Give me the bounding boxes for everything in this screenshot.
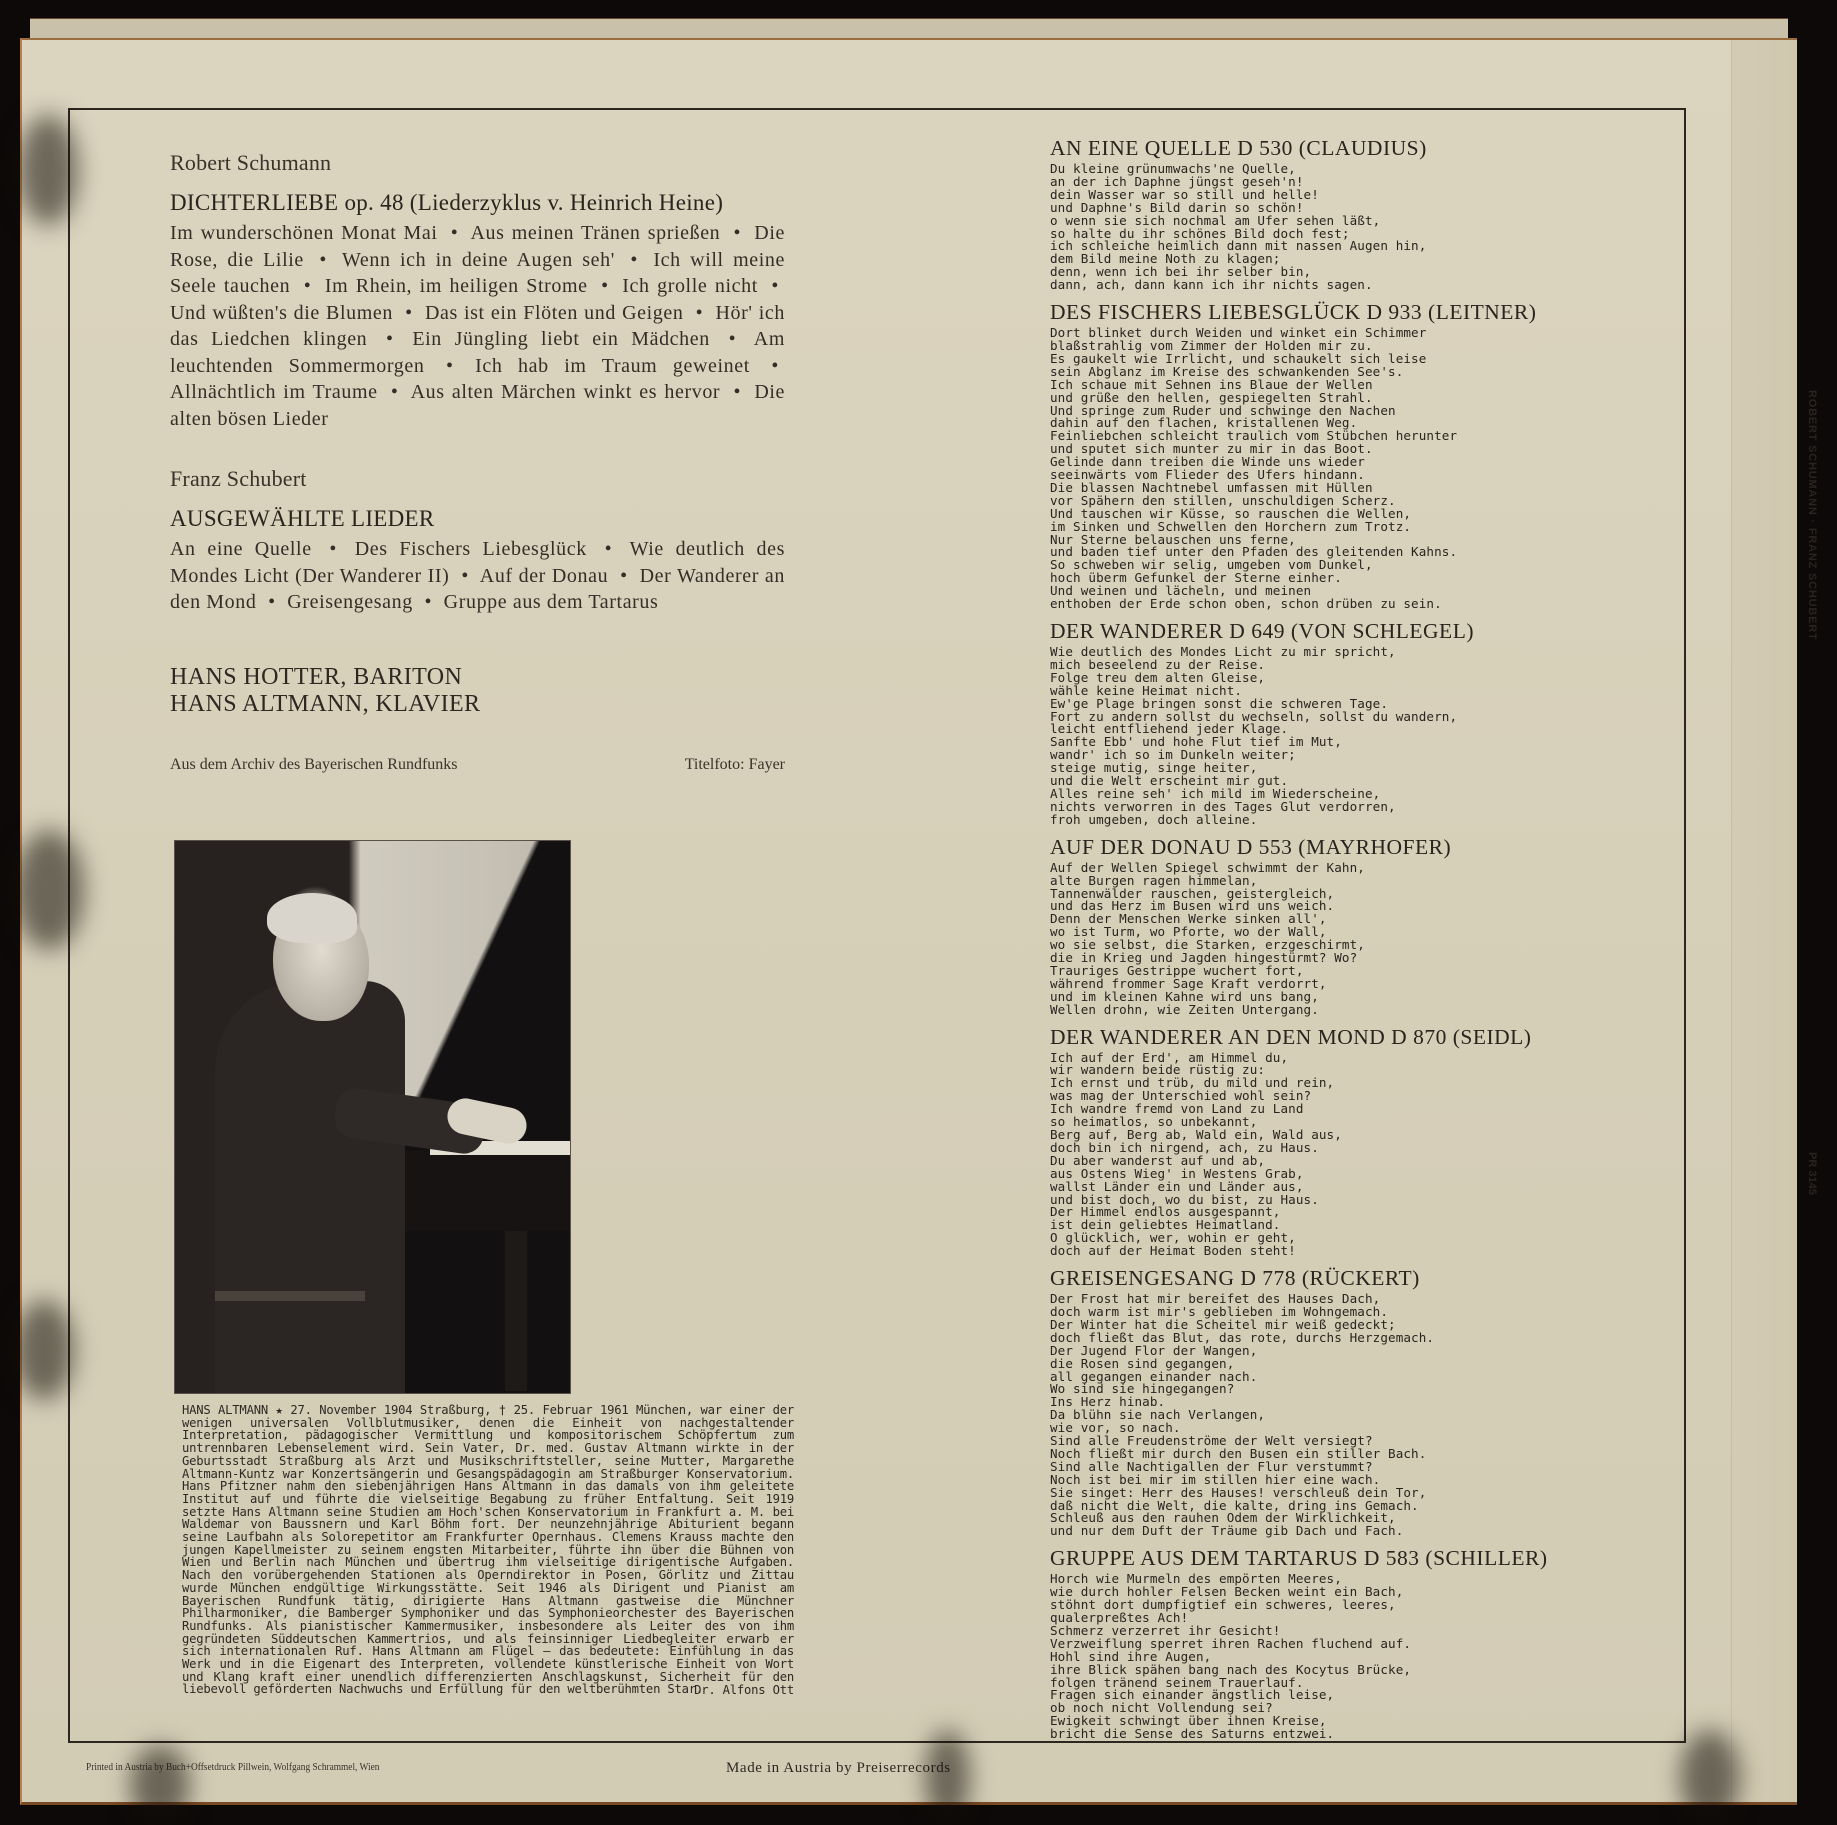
lyric-block: GRUPPE AUS DEM TARTARUS D 583 (SCHILLER)… — [1050, 1546, 1630, 1741]
bullet-separator: • — [451, 222, 459, 244]
dichterliebe-song: Wenn ich in deine Augen seh' — [342, 249, 615, 271]
work-title-dichterliebe: DICHTERLIEBE op. 48 (Liederzyklus v. Hei… — [170, 190, 785, 216]
photo-shadow — [18, 115, 78, 225]
schubert-song: An eine Quelle — [170, 538, 312, 560]
dichterliebe-song: Und wüßten's die Blumen — [170, 302, 393, 324]
dichterliebe-song: Aus meinen Tränen sprießen — [470, 222, 720, 244]
lyric-text: Dort blinket durch Weiden und winket ein… — [1050, 327, 1630, 611]
dichterliebe-song: Im wunderschönen Monat Mai — [170, 222, 438, 244]
photo-shadow — [925, 1730, 970, 1825]
dichterliebe-song-list: Im wunderschönen Monat Mai • Aus meinen … — [170, 220, 785, 432]
bullet-separator: • — [696, 302, 704, 324]
lyric-title: DER WANDERER D 649 (VON SCHLEGEL) — [1050, 619, 1630, 644]
dichterliebe-song: Ein Jüngling liebt ein Mädchen — [412, 328, 710, 350]
figure-coat — [215, 981, 405, 1394]
lyric-text: Der Frost hat mir bereifet des Hauses Da… — [1050, 1293, 1630, 1538]
photo-shadow — [130, 1745, 190, 1825]
bullet-separator: • — [605, 538, 613, 560]
performer-singer: HANS HOTTER, BARITON — [170, 664, 785, 691]
lyric-block: DER WANDERER D 649 (VON SCHLEGEL)Wie deu… — [1050, 619, 1630, 827]
lyric-title: AUF DER DONAU D 553 (MAYRHOFER) — [1050, 835, 1630, 860]
lyric-block: AN EINE QUELLE D 530 (CLAUDIUS)Du kleine… — [1050, 136, 1630, 292]
lyric-block: DER WANDERER AN DEN MOND D 870 (SEIDL)Ic… — [1050, 1025, 1630, 1259]
photo-shadow — [14, 830, 84, 950]
archive-credit: Aus dem Archiv des Bayerischen Rundfunks — [170, 756, 458, 774]
work-title-ausgewaehlte-lieder: AUSGEWÄHLTE LIEDER — [170, 506, 785, 532]
lyric-title: GREISENGESANG D 778 (RÜCKERT) — [1050, 1266, 1630, 1291]
dichterliebe-song: Das ist ein Flöten und Geigen — [425, 302, 684, 324]
bullet-separator: • — [729, 328, 737, 350]
lyric-title: AN EINE QUELLE D 530 (CLAUDIUS) — [1050, 136, 1630, 161]
piano-leg — [505, 1231, 527, 1391]
pianist-biography: HANS ALTMANN ★ 27. November 1904 Straßbu… — [182, 1404, 794, 1697]
dichterliebe-song: Ich hab im Traum geweinet — [475, 355, 750, 377]
bullet-separator: • — [329, 538, 337, 560]
bullet-separator: • — [771, 275, 779, 297]
figure-hair — [267, 893, 357, 943]
pianist-photo — [174, 840, 571, 1394]
lyric-title: DER WANDERER AN DEN MOND D 870 (SEIDL) — [1050, 1025, 1630, 1050]
lyric-text: Ich auf der Erd', am Himmel du, wir wand… — [1050, 1052, 1630, 1259]
lyric-text: Auf der Wellen Spiegel schwimmt der Kahn… — [1050, 862, 1630, 1017]
performer-pianist: HANS ALTMANN, KLAVIER — [170, 691, 785, 718]
bullet-separator: • — [405, 302, 413, 324]
lyric-block: AUF DER DONAU D 553 (MAYRHOFER)Auf der W… — [1050, 835, 1630, 1017]
bullet-separator: • — [733, 381, 741, 403]
lyrics-column: AN EINE QUELLE D 530 (CLAUDIUS)Du kleine… — [1050, 136, 1630, 1749]
bullet-separator: • — [461, 565, 469, 587]
spine-title: ROBERT SCHUMANN · FRANZ SCHUBERT — [1806, 390, 1818, 640]
bullet-separator: • — [386, 328, 394, 350]
dichterliebe-song: Ich grolle nicht — [622, 275, 758, 297]
lyric-block: GREISENGESANG D 778 (RÜCKERT)Der Frost h… — [1050, 1266, 1630, 1538]
bullet-separator: • — [446, 355, 454, 377]
bullet-separator: • — [391, 381, 399, 403]
program-column: Robert Schumann DICHTERLIEBE op. 48 (Lie… — [170, 150, 785, 774]
bullet-separator: • — [733, 222, 741, 244]
schubert-song: Des Fischers Liebesglück — [355, 538, 587, 560]
bullet-separator: • — [620, 565, 628, 587]
credits-row: Aus dem Archiv des Bayerischen Rundfunks… — [170, 756, 785, 774]
schubert-song-list: An eine Quelle • Des Fischers Liebesglüc… — [170, 536, 785, 616]
catalog-number: PR 3145 — [1806, 1152, 1818, 1195]
dichterliebe-song: Im Rhein, im heiligen Strome — [325, 275, 588, 297]
lyric-title: DES FISCHERS LIEBESGLÜCK D 933 (LEITNER) — [1050, 300, 1630, 325]
performers: HANS HOTTER, BARITON HANS ALTMANN, KLAVI… — [170, 664, 785, 718]
lyric-text: Horch wie Murmeln des empörten Meeres, w… — [1050, 1573, 1630, 1741]
lyric-title: GRUPPE AUS DEM TARTARUS D 583 (SCHILLER) — [1050, 1546, 1630, 1571]
bullet-separator: • — [771, 355, 779, 377]
bullet-separator: • — [268, 591, 276, 613]
lyric-text: Du kleine grünumwachs'ne Quelle, an der … — [1050, 163, 1630, 292]
photo-shadow — [1680, 1730, 1740, 1825]
dichterliebe-song: Aus alten Märchen winkt es hervor — [411, 381, 721, 403]
schubert-song: Greisengesang — [287, 591, 413, 613]
printer-credit: Printed in Austria by Buch+Offsetdruck P… — [86, 1761, 379, 1773]
bullet-separator: • — [630, 249, 638, 271]
composer-schumann: Robert Schumann — [170, 150, 785, 176]
composer-schubert: Franz Schubert — [170, 466, 785, 492]
bio-text: ★ 27. November 1904 Straßburg, † 25. Feb… — [182, 1403, 794, 1696]
photo-credit: Titelfoto: Fayer — [685, 756, 785, 774]
chair — [215, 1291, 365, 1301]
bullet-separator: • — [319, 249, 327, 271]
manufacturer-credit: Made in Austria by Preiserrecords — [726, 1760, 951, 1777]
schubert-song: Gruppe aus dem Tartarus — [444, 591, 659, 613]
spine-strip — [1731, 40, 1797, 1802]
schubert-song: Auf der Donau — [480, 565, 608, 587]
bullet-separator: • — [304, 275, 312, 297]
lyric-text: Wie deutlich des Mondes Licht zu mir spr… — [1050, 646, 1630, 827]
lyric-block: DES FISCHERS LIEBESGLÜCK D 933 (LEITNER)… — [1050, 300, 1630, 611]
bullet-separator: • — [601, 275, 609, 297]
bullet-separator: • — [424, 591, 432, 613]
photo-shadow — [14, 1300, 74, 1400]
dichterliebe-song: Allnächtlich im Traume — [170, 381, 378, 403]
